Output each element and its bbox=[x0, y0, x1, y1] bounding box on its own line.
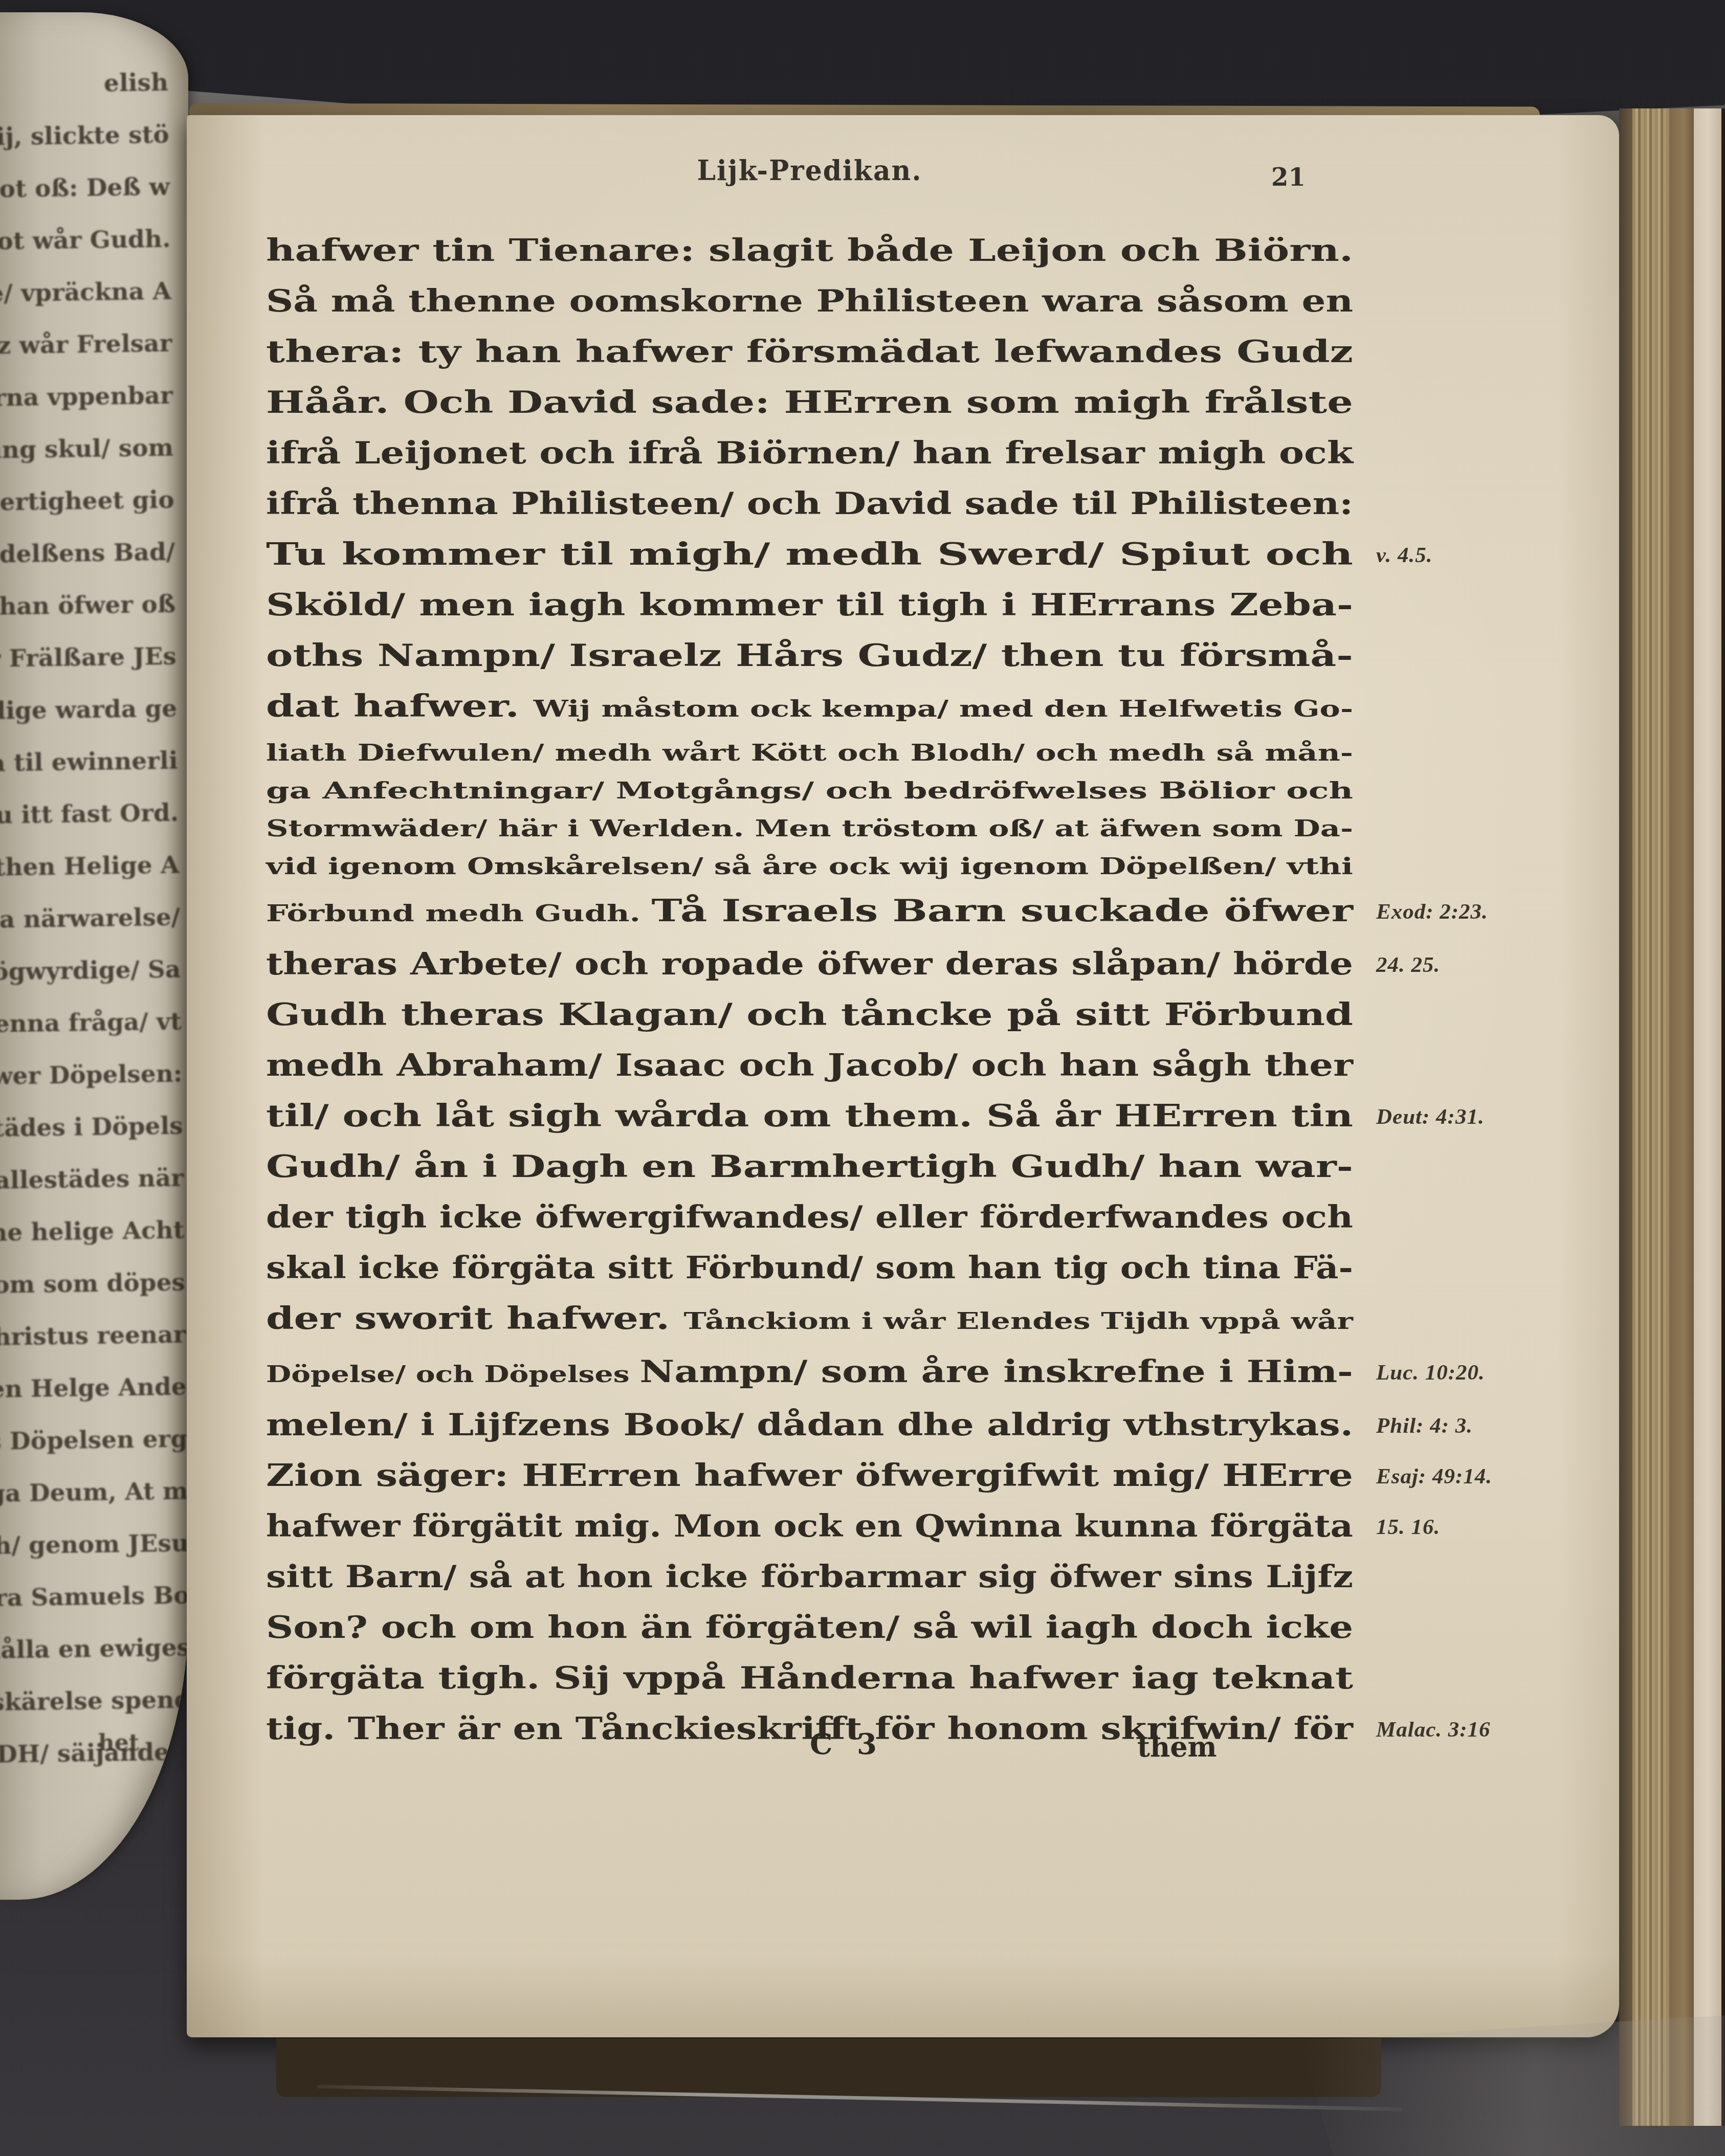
margin-reference: v. 4.5. bbox=[1376, 530, 1433, 581]
fore-edge-dark-band bbox=[1669, 108, 1694, 2126]
text-line: ifrå thenna Philisteen/ och David sade t… bbox=[266, 478, 1353, 529]
margin-reference: Luc. 10:20. bbox=[1376, 1347, 1485, 1398]
previous-page-line: s Christus reenar bbox=[0, 1309, 186, 1367]
text-line: Gudh/ ån i Dagh en Barmhertigh Gudh/ han… bbox=[266, 1141, 1353, 1192]
text-segment: til/ och låt sigh wårda om them. Så år H… bbox=[266, 1098, 1353, 1133]
previous-page-line: ledes: Gudz wår Frelsar bbox=[0, 318, 172, 375]
text-segment: dat hafwer. bbox=[266, 688, 534, 724]
text-segment: hafwer förgätit mig. Mon ock en Qwinna k… bbox=[266, 1508, 1353, 1544]
text-segment: hafwer tin Tienare: slagit både Leijon o… bbox=[266, 233, 1353, 268]
text-segment: Gudh/ ån i Dagh en Barmhertigh Gudh/ han… bbox=[266, 1149, 1353, 1184]
previous-page-edge: elishum officij, slickte stöerningar emo… bbox=[0, 12, 188, 1900]
previous-page-line: honom som döpes bbox=[0, 1257, 186, 1315]
text-line: ga Anfechtningar/ Motgångs/ och bedröfwe… bbox=[266, 772, 1353, 810]
signature-mark: C 3 bbox=[810, 1727, 884, 1761]
previous-page-line: erga Deum, At m bbox=[0, 1465, 188, 1523]
text-line: Zion säger: HErren hafwer öfwergifwit mi… bbox=[266, 1450, 1353, 1501]
text-segment: der tigh icke öfwergifwandes/ eller förd… bbox=[266, 1199, 1353, 1235]
text-segment: Så må thenne oomskorne Philisteen wara s… bbox=[266, 283, 1353, 319]
previous-page-line: nes Eerning skul/ som bbox=[0, 422, 174, 480]
text-segment: förgäta tigh. Sij vppå Hånderna hafwer i… bbox=[266, 1660, 1353, 1696]
text-line: Döpelse/ och Döpelses Nampn/ som åre ins… bbox=[266, 1346, 1353, 1399]
text-line: til/ och låt sigh wårda om them. Så år H… bbox=[266, 1091, 1353, 1141]
previous-page-line: erningar emoot oß: Deß w bbox=[0, 161, 170, 219]
text-segment: Tå Israels Barn suckade öfwer bbox=[652, 893, 1353, 928]
previous-page-line: hwilken han öfwer oß bbox=[0, 579, 176, 636]
previous-page-line: nyia Födelßens Bad/ bbox=[0, 526, 175, 584]
text-line: liath Diefwulen/ medh wårt Kött och Blod… bbox=[266, 734, 1353, 772]
text-line: thera: ty han hafwer försmädat lefwandes… bbox=[266, 326, 1353, 377]
previous-page-line: da och hålla en ewiges bbox=[0, 1621, 188, 1679]
book-fore-edge bbox=[1619, 108, 1725, 2126]
text-segment: Håår. Och David sade: HErren som migh fr… bbox=[266, 385, 1353, 420]
previous-page-line: um officij, slickte stö bbox=[0, 109, 169, 167]
text-line: förgäta tigh. Sij vppå Hånderna hafwer i… bbox=[266, 1653, 1353, 1703]
previous-page-line: oot wår Gudh. bbox=[0, 213, 171, 271]
previous-page-line: i den förra Samuels Bo bbox=[0, 1569, 188, 1627]
body-text: hafwer tin Tienare: slagit både Leijon o… bbox=[266, 225, 1353, 1754]
text-segment: ifrå Leijonet och ifrå Biörnen/ han frel… bbox=[266, 435, 1353, 471]
text-line: Förbund medh Gudh. Tå Israels Barn sucka… bbox=[266, 885, 1353, 939]
previous-page-line: imsteller denna fråga/ vt bbox=[0, 996, 182, 1054]
running-title: Lijk-Predikan. bbox=[266, 154, 1353, 187]
text-line: oths Nampn/ Israelz Hårs Gudz/ then tu f… bbox=[266, 630, 1353, 681]
margin-reference: Deut: 4:31. bbox=[1376, 1092, 1485, 1142]
text-segment: ifrå thenna Philisteen/ och David sade t… bbox=[266, 486, 1353, 521]
previous-page-line: pelßen ehrerode/ vpräckna A bbox=[0, 265, 172, 323]
text-line: der sworit hafwer. Tånckiom i wår Elende… bbox=[266, 1293, 1353, 1346]
book-page: Lijk-Predikan. 21 hafwer tin Tienare: sl… bbox=[187, 115, 1619, 2037]
text-segment: medh Abraham/ Isaac och Jacob/ och han s… bbox=[266, 1048, 1353, 1083]
text-line: medh Abraham/ Isaac och Jacob/ och han s… bbox=[266, 1040, 1353, 1091]
fore-edge-shadow bbox=[1619, 108, 1632, 2126]
text-line: Håår. Och David sade: HErren som migh fr… bbox=[266, 377, 1353, 428]
fore-edge-flyleaf bbox=[1694, 108, 1721, 2126]
text-segment: skal icke förgäta sitt Förbund/ som han … bbox=[266, 1250, 1353, 1285]
previous-page-line: / högwyrdige/ Sa bbox=[0, 944, 181, 1002]
text-line: sitt Barn/ så at hon icke förbarmar sig … bbox=[266, 1551, 1353, 1602]
previous-page-line: rättferdige warda ge bbox=[0, 683, 178, 741]
text-line: Son? och om hon än förgäten/ så wil iagh… bbox=[266, 1602, 1353, 1653]
margin-reference: 24. 25. bbox=[1376, 940, 1440, 990]
text-line: dat hafwer. Wij måstom ock kempa/ med de… bbox=[266, 681, 1353, 734]
text-segment: der sworit hafwer. bbox=[266, 1301, 683, 1336]
text-line: vid igenom Omskårelsen/ så åre ock wij i… bbox=[266, 848, 1353, 885]
previous-page-line: äl/ öfwer Döpelsen: bbox=[0, 1048, 183, 1106]
previous-page-line: edh GUDH/ säijandes: bbox=[0, 1726, 188, 1784]
text-line: Gudh theras Klagan/ och tåncke på sitt F… bbox=[266, 989, 1353, 1040]
page-number: 21 bbox=[1271, 163, 1306, 192]
previous-page-line: Gudh/ genom JEsu bbox=[0, 1517, 188, 1575]
text-segment: Förbund medh Gudh. bbox=[266, 900, 652, 927]
previous-page-line: Menniskierna vppenbar bbox=[0, 370, 173, 428]
previous-page-line: elish bbox=[0, 57, 169, 115]
text-segment: Gudh theras Klagan/ och tåncke på sitt F… bbox=[266, 997, 1353, 1032]
text-line: Sköld/ men iagh kommer til tigh i HErran… bbox=[266, 580, 1353, 630]
margin-reference: Malac. 3:16 bbox=[1376, 1704, 1491, 1755]
previous-page-line: igheet tilstädes i Döpels bbox=[0, 1100, 183, 1158]
text-segment: Wij måstom ock kempa/ med den Helfwetis … bbox=[534, 695, 1353, 722]
previous-page-catchword: het bbox=[98, 1730, 139, 1756]
text-line: melen/ i Lijfzens Book/ dådan dhe aldrig… bbox=[266, 1399, 1353, 1450]
text-segment: thera: ty han hafwer försmädat lefwandes… bbox=[266, 334, 1353, 369]
text-line: skal icke förgäta sitt Förbund/ som han … bbox=[266, 1242, 1353, 1293]
fore-edge-rim bbox=[1721, 108, 1725, 2126]
text-segment: Nampn/ som åre inskrefne i Him- bbox=[639, 1354, 1353, 1389]
text-line: ifrå Leijonet och ifrå Biörnen/ han frel… bbox=[266, 428, 1353, 478]
text-line: hafwer tin Tienare: slagit både Leijon o… bbox=[266, 225, 1353, 276]
text-line: hafwer förgätit mig. Mon ock en Qwinna k… bbox=[266, 1501, 1353, 1551]
text-segment: liath Diefwulen/ medh wårt Kött och Blod… bbox=[266, 739, 1353, 766]
page-header: Lijk-Predikan. 21 bbox=[266, 155, 1353, 211]
text-line: theras Arbete/ och ropade öfwer deras sl… bbox=[266, 939, 1353, 989]
text-segment: Tånckiom i wår Elendes Tijdh vppå wår bbox=[683, 1307, 1353, 1335]
margin-reference: 15. 16. bbox=[1376, 1502, 1440, 1552]
previous-page-line: t är ju itt fast Ord. bbox=[0, 787, 179, 845]
text-segment: melen/ i Lijfzens Book/ dådan dhe aldrig… bbox=[266, 1407, 1353, 1442]
catchword: them bbox=[1137, 1730, 1217, 1763]
book-scan: elishum officij, slickte stöerningar emo… bbox=[0, 0, 1725, 2156]
previous-page-line: om Gudh then Helige A bbox=[0, 839, 180, 897]
margin-reference: Esaj: 49:14. bbox=[1376, 1451, 1492, 1502]
text-line: Så må thenne oomskorne Philisteen wara s… bbox=[266, 276, 1353, 326]
previous-page-text: elishum officij, slickte stöerningar emo… bbox=[0, 57, 188, 1784]
text-segment: Stormwäder/ här i Werlden. Men tröstom o… bbox=[266, 815, 1353, 842]
text-segment: Sköld/ men iagh kommer til tigh i HErran… bbox=[266, 587, 1353, 623]
text-segment: theras Arbete/ och ropade öfwer deras sl… bbox=[266, 946, 1353, 982]
text-line: Stormwäder/ här i Werlden. Men tröstom o… bbox=[266, 810, 1353, 848]
margin-reference: Exod: 2:23. bbox=[1376, 886, 1488, 937]
previous-page-line: ar blifwa til ewinnerli bbox=[0, 735, 178, 793]
text-segment: vid igenom Omskårelsen/ så åre ock wij i… bbox=[266, 853, 1353, 880]
text-segment: Zion säger: HErren hafwer öfwergifwit mi… bbox=[266, 1458, 1353, 1493]
previous-page-line: a i denne helige Acht bbox=[0, 1205, 185, 1262]
text-segment: oths Nampn/ Israelz Hårs Gudz/ then tu f… bbox=[266, 638, 1353, 673]
text-line: der tigh icke öfwergifwandes/ eller förd… bbox=[266, 1192, 1353, 1242]
text-line: Tu kommer til migh/ medh Swerd/ Spiut oc… bbox=[266, 529, 1353, 580]
text-segment: sitt Barn/ så at hon icke förbarmar sig … bbox=[266, 1559, 1353, 1594]
text-segment: Son? och om hon än förgäten/ så wil iagh… bbox=[266, 1610, 1353, 1645]
previous-page-line: Gudh år allestädes när bbox=[0, 1152, 184, 1210]
previous-page-line: a Barmhertigheet gio bbox=[0, 474, 174, 532]
text-segment: Tu kommer til migh/ medh Swerd/ Spiut oc… bbox=[266, 537, 1353, 572]
text-segment: Döpelse/ och Döpelses bbox=[266, 1361, 639, 1388]
margin-reference: Phil: 4: 3. bbox=[1376, 1401, 1473, 1451]
previous-page-line: / af sin Omskärelse spend bbox=[0, 1674, 188, 1731]
text-segment: ga Anfechtningar/ Motgångs/ och bedröfwe… bbox=[266, 777, 1353, 804]
previous-page-line: och nådiga närwarelse/ bbox=[0, 892, 181, 949]
previous-page-line: dan tallas Döpelsen erg bbox=[0, 1413, 188, 1471]
previous-page-line: om wår Frälßare JEs bbox=[0, 631, 177, 688]
fore-edge-leaves bbox=[1632, 108, 1669, 2126]
previous-page-line: Then Helge Ande bbox=[0, 1361, 187, 1419]
